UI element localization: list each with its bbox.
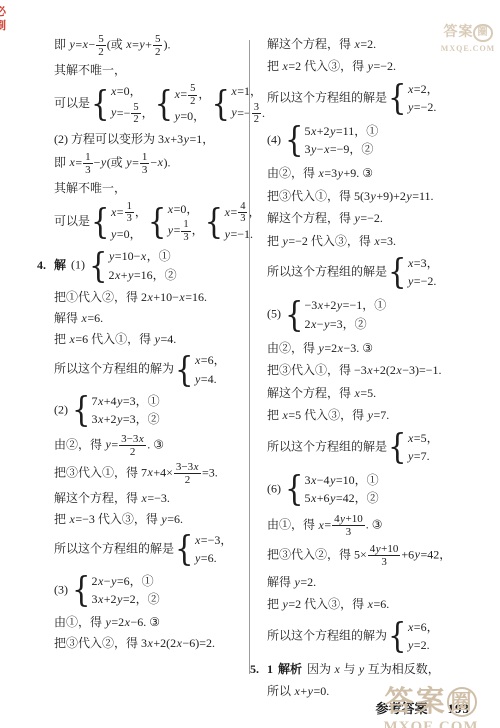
math-fraction: 13: [181, 219, 190, 243]
solution-line: 由①，得 x=4y+103. ③: [250, 513, 498, 538]
equation-system: {7x+4y=3，①3x+2y=3，②: [72, 393, 160, 429]
left-brace-icon: {: [175, 353, 193, 387]
system-row: 3y−x=−9，②: [304, 141, 378, 158]
solution-line: 解得 y=2.: [250, 573, 498, 591]
left-brace-icon: {: [175, 533, 193, 567]
right-column: 解这个方程，得 x=2.把 x=2 代入③，得 y=−2.所以这个方程组的解是{…: [250, 30, 498, 705]
left-brace-icon: {: [89, 249, 107, 283]
solution-line: 解这个方程，得 x=−3.: [37, 489, 247, 507]
solution-line: 把③代入①，得 −3x+2(2x−3)=−1.: [250, 361, 498, 379]
equation-system: {x=−3，y=6.: [175, 532, 232, 568]
left-brace-icon: {: [91, 205, 109, 239]
system-row: y=−2.: [407, 273, 438, 290]
solution-line: 所以这个方程组的解是{x=2，y=−2.: [250, 80, 498, 118]
solution-line: (3) {2x−y=6，①3x+2y=2，②: [37, 572, 247, 610]
left-brace-icon: {: [388, 619, 406, 653]
system-row: x=52，: [174, 83, 210, 107]
left-brace-icon: {: [72, 574, 90, 608]
solution-line: (2) {7x+4y=3，①3x+2y=3，②: [37, 392, 247, 430]
solution-line: 4.解(1) {y=10−x，①2x+y=16，②: [37, 247, 247, 285]
solution-line: 由②，得 y=2x−3. ③: [250, 339, 498, 357]
system-row: y=7.: [407, 448, 438, 465]
system-row: 7x+4y=3，①: [91, 393, 159, 410]
system-row: 2x−y=3，②: [304, 316, 386, 333]
solution-line: 把 y=2 代入③，得 x=6.: [250, 595, 498, 613]
equation-system: {3x−4y=10，①5x+6y=42，②: [285, 472, 379, 508]
math-fraction: 4y+103: [368, 543, 401, 568]
solution-line: 其解不唯一，: [37, 179, 247, 197]
math-fraction: 3−3x2: [174, 461, 201, 486]
left-brace-icon: {: [155, 87, 173, 121]
equation-system: {x=6，y=4.: [175, 352, 226, 388]
solution-line: 把①代入②，得 2x+10−x=16.: [37, 288, 247, 306]
system-row: y=6.: [194, 550, 232, 567]
equation-system: {x=6，y=2.: [388, 619, 439, 655]
left-brace-icon: {: [91, 87, 109, 121]
left-brace-icon: {: [205, 205, 223, 239]
math-fraction: 43: [238, 201, 247, 225]
system-row: 2x+y=16，②: [108, 267, 176, 284]
system-row: x=2，: [407, 81, 438, 98]
solution-line: 把 x=−3 代入③，得 y=6.: [37, 510, 247, 528]
solution-line: (4) {5x+2y=11，①3y−x=−9，②: [250, 122, 498, 160]
left-brace-icon: {: [148, 205, 166, 239]
solution-line: (5) {−3x+2y=−1，①2x−y=3，②: [250, 296, 498, 334]
equation-system: {5x+2y=11，①3y−x=−9，②: [285, 123, 378, 159]
solution-line: 所以这个方程组的解为{x=6，y=2.: [250, 618, 498, 656]
solution-line: 所以这个方程组的解是{x=5，y=7.: [250, 429, 498, 467]
solution-line: 把 x=2 代入③，得 y=−2.: [250, 57, 498, 75]
equation-system: {x=2，y=−2.: [388, 81, 439, 117]
answer-page: 必刷 即 y=x−52(或 x=y+52).其解不唯一，可以是{x=0，y=−5…: [0, 0, 500, 728]
page-number: 193: [448, 701, 471, 716]
left-brace-icon: {: [388, 256, 406, 290]
solution-line: 解得 x=6.: [37, 309, 247, 327]
keyword: 解析: [278, 662, 302, 676]
solution-line: 即 y=x−52(或 x=y+52).: [37, 33, 247, 58]
left-brace-icon: {: [285, 124, 303, 158]
equation-system: {x=0，y=13，: [148, 201, 204, 243]
math-fraction: 13: [125, 201, 134, 225]
system-row: x=3，: [407, 255, 438, 272]
equation-system: {−3x+2y=−1，①2x−y=3，②: [285, 297, 386, 333]
solution-line: 解这个方程，得 x=2.: [250, 35, 498, 53]
math-fraction: 3−3x2: [119, 433, 146, 458]
equation-system: {x=0，y=−52，: [91, 83, 154, 125]
math-fraction: 52: [96, 33, 106, 58]
math-fraction: 13: [140, 151, 150, 176]
page-footer: 参考答案193: [0, 698, 500, 717]
solution-line: 所以这个方程组的解为{x=6，y=4.: [37, 351, 247, 389]
equation-system: {x=13，y=0，: [91, 201, 147, 243]
solution-line: 把 x=6 代入①，得 y=4.: [37, 330, 247, 348]
system-row: 3x+2y=2，②: [91, 591, 159, 608]
keyword: 解: [54, 258, 66, 272]
solution-line: 其解不唯一，: [37, 61, 247, 79]
left-brace-icon: {: [211, 87, 229, 121]
system-row: y=10−x，①: [108, 248, 176, 265]
solution-line: 把③代入②，得 5×4y+103+6y=42，: [250, 543, 498, 568]
solution-line: 把③代入①，得 5(3y+9)+2y=11.: [250, 187, 498, 205]
system-row: 2x−y=6，①: [91, 573, 159, 590]
solution-line: 由①，得 y=2x−6. ③: [37, 613, 247, 631]
left-brace-icon: {: [388, 430, 406, 464]
solution-line: 可以是{x=13，y=0，{x=0，y=13，{x=43，y=−1.: [37, 200, 247, 244]
solution-line: 把③代入①，得 7x+4×3−3x2=3.: [37, 461, 247, 486]
solution-line: 把 x=5 代入③，得 y=7.: [250, 406, 498, 424]
solution-line: (6) {3x−4y=10，①5x+6y=42，②: [250, 471, 498, 509]
left-brace-icon: {: [72, 394, 90, 428]
math-fraction: 4y+103: [332, 513, 365, 538]
item-number: 5.: [250, 660, 267, 678]
solution-line: 即 x=13−y(或 y=13−x).: [37, 151, 247, 176]
keyword: 1: [267, 662, 273, 676]
solution-line: 解这个方程，得 x=5.: [250, 384, 498, 402]
solution-line: 把③代入②，得 3x+2(2x−6)=2.: [37, 634, 247, 652]
system-row: y=4.: [194, 371, 225, 388]
red-edge-marks: 必刷: [0, 5, 6, 33]
equation-system: {2x−y=6，①3x+2y=2，②: [72, 573, 160, 609]
edge-mark: 刷: [0, 19, 6, 33]
system-row: y=13，: [167, 219, 203, 243]
system-row: 3x+2y=3，②: [91, 411, 159, 428]
system-row: x=13，: [110, 201, 146, 225]
system-row: y=−2.: [407, 99, 438, 116]
solution-line: 解这个方程，得 y=−2.: [250, 209, 498, 227]
equation-system: {x=5，y=7.: [388, 430, 439, 466]
equation-system: {y=10−x，①2x+y=16，②: [89, 248, 177, 284]
system-row: x=−3，: [194, 532, 232, 549]
item-number: 4.: [37, 256, 54, 274]
solution-line: (2) 方程可以变形为 3x+3y=1，: [37, 130, 247, 148]
equation-system: {x=3，y=−2.: [388, 255, 439, 291]
math-fraction: 52: [188, 83, 197, 107]
edge-mark: 必: [0, 5, 6, 19]
system-row: x=6，: [407, 619, 438, 636]
system-row: x=0，: [110, 83, 153, 100]
system-row: y=0，: [174, 108, 210, 125]
math-fraction: 52: [131, 102, 140, 126]
math-fraction: 13: [83, 151, 93, 176]
system-row: y=−52，: [110, 102, 153, 126]
equation-system: {x=52，y=0，: [155, 83, 211, 125]
left-brace-icon: {: [285, 298, 303, 332]
system-row: y=0，: [110, 226, 146, 243]
system-row: x=6，: [194, 352, 225, 369]
system-row: x=5，: [407, 430, 438, 447]
left-brace-icon: {: [285, 473, 303, 507]
answer-site-url: MXQE.COM: [356, 719, 500, 728]
system-row: 5x+6y=42，②: [304, 490, 378, 507]
system-row: 5x+2y=11，①: [304, 123, 378, 140]
solution-line: 5.1解析因为 x 与 y 互为相反数，: [250, 660, 498, 678]
solution-line: 可以是{x=0，y=−52，{x=52，y=0，{x=1，y=−32.: [37, 82, 247, 126]
solution-line: 由②，得 x=3y+9. ③: [250, 164, 498, 182]
footer-label: 参考答案: [375, 701, 427, 716]
solution-line: 把 y=−2 代入③，得 x=3.: [250, 232, 498, 250]
solution-line: 所以这个方程组的解是{x=3，y=−2.: [250, 254, 498, 292]
system-row: −3x+2y=−1，①: [304, 297, 386, 314]
left-column: 即 y=x−52(或 x=y+52).其解不唯一，可以是{x=0，y=−52，{…: [37, 30, 247, 655]
left-brace-icon: {: [388, 81, 406, 115]
system-row: x=0，: [167, 201, 203, 218]
solution-line: 由②，得 y=3−3x2. ③: [37, 433, 247, 458]
math-fraction: 52: [153, 33, 163, 58]
system-row: y=2.: [407, 637, 438, 654]
solution-line: 所以这个方程组的解是{x=−3，y=6.: [37, 531, 247, 569]
system-row: 3x−4y=10，①: [304, 472, 378, 489]
